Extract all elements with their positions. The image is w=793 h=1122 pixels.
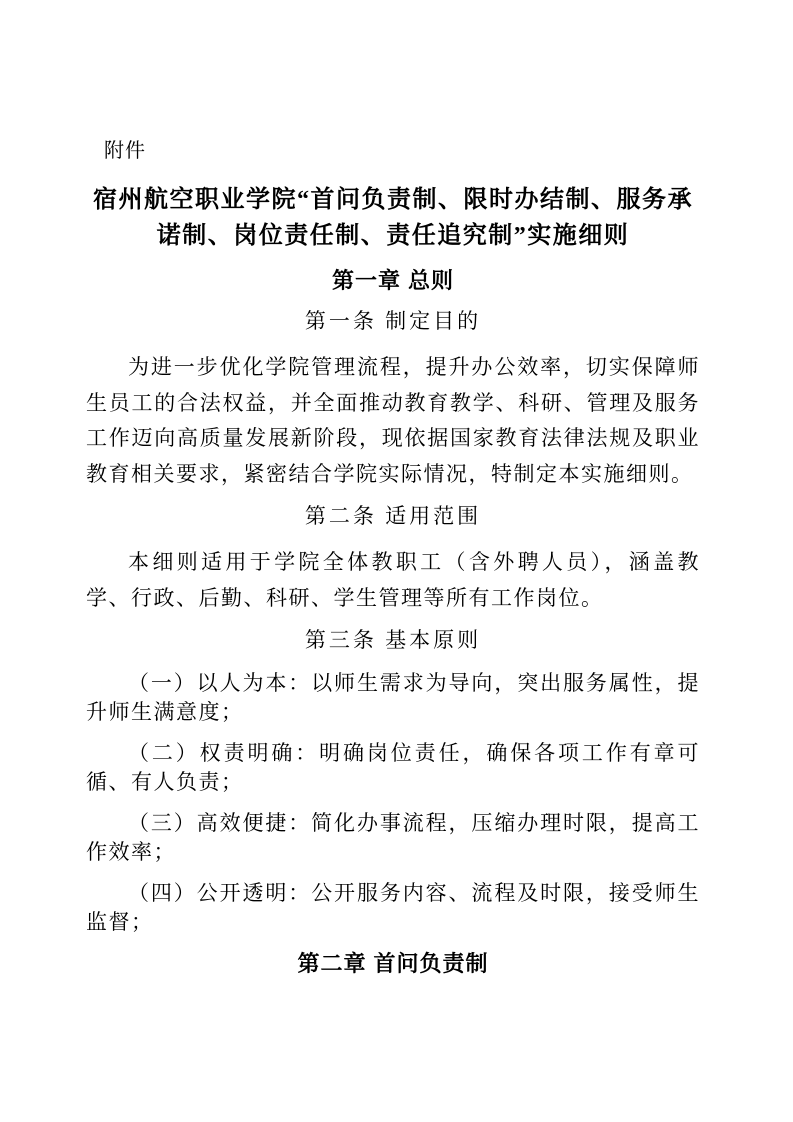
chapter-heading: 第一章 总则 bbox=[86, 264, 700, 297]
list-item: （三）高效便捷：简化办事流程，压缩办理时限，提高工作效率； bbox=[86, 809, 700, 867]
body-paragraph: 本细则适用于学院全体教职工（含外聘人员），涵盖教学、行政、后勤、科研、学生管理等… bbox=[86, 545, 700, 616]
document-body: 第一章 总则 第一条 制定目的 为进一步优化学院管理流程，提升办公效率，切实保障… bbox=[86, 264, 700, 980]
list-item: （二）权责明确：明确岗位责任，确保各项工作有章可循、有人负责； bbox=[86, 739, 700, 797]
document-title: 宿州航空职业学院“首问负责制、限时办结制、服务承诺制、岗位责任制、责任追究制”实… bbox=[86, 182, 700, 254]
list-item: （一）以人为本：以师生需求为导向，突出服务属性，提升师生满意度； bbox=[86, 669, 700, 727]
article-heading: 第三条 基本原则 bbox=[86, 624, 700, 657]
chapter-heading: 第二章 首问负责制 bbox=[86, 947, 700, 980]
attachment-label: 附件 bbox=[86, 138, 700, 164]
body-paragraph: 为进一步优化学院管理流程，提升办公效率，切实保障师生员工的合法权益，并全面推动教… bbox=[86, 350, 700, 492]
list-item: （四）公开透明：公开服务内容、流程及时限，接受师生监督； bbox=[86, 879, 700, 937]
article-heading: 第一条 制定目的 bbox=[86, 305, 700, 338]
document-page: 附件 宿州航空职业学院“首问负责制、限时办结制、服务承诺制、岗位责任制、责任追究… bbox=[0, 0, 793, 1122]
article-heading: 第二条 适用范围 bbox=[86, 500, 700, 533]
